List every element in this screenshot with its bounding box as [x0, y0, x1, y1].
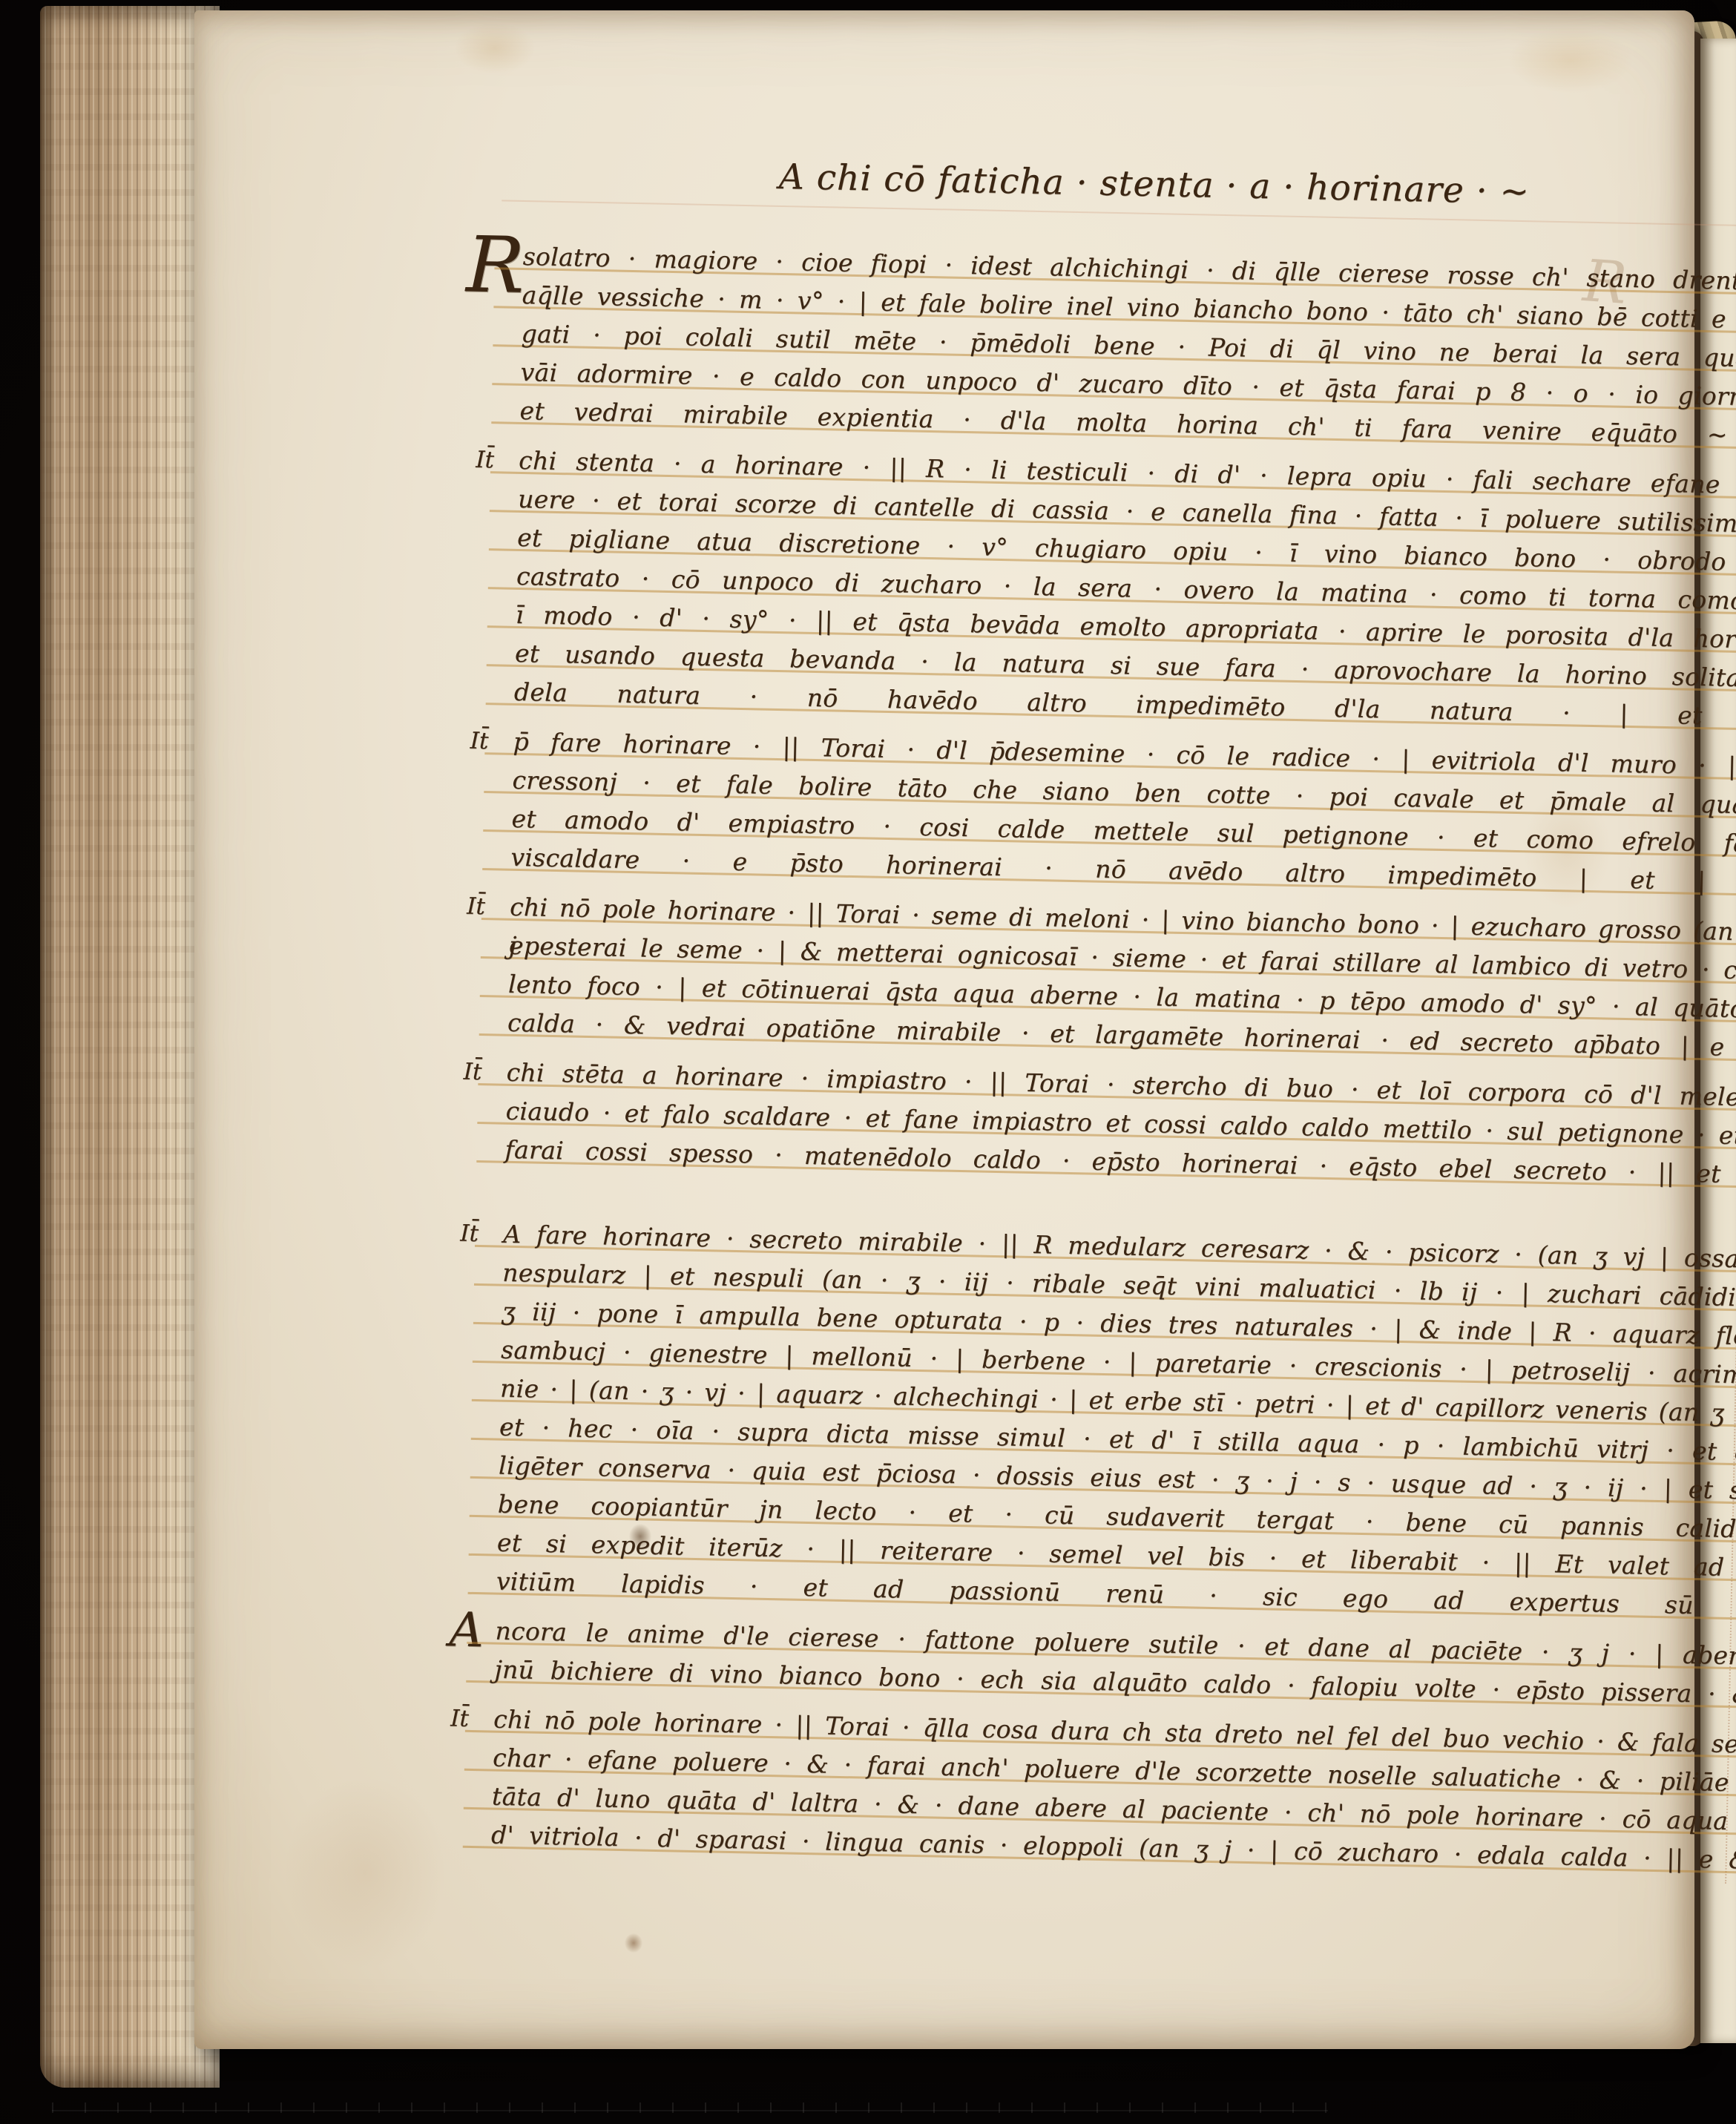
recipe-paragraph: It̄A fare horinare · secreto mirabile · … [496, 1215, 1736, 1626]
item-marker: It̄ [476, 441, 495, 479]
recipe-paragraph: It̄p̄ fare horinare · || Torai · d'l p̄d… [510, 723, 1736, 902]
manuscript-page: R A chi cō faticha · stenta · a · horina… [194, 10, 1694, 2049]
paragraph-initial: A [449, 1606, 484, 1654]
paragraph-initial: R [466, 226, 525, 304]
recipe-paragraph: It̄chi stēta a horinare · impiastro · ||… [504, 1053, 1736, 1194]
foxing-stain [1508, 27, 1634, 93]
manuscript-photo: { "photo": { "background_color": "#07050… [0, 0, 1736, 2124]
recipe-paragraph: Ancora le anime d'le cierese · fattone p… [494, 1612, 1736, 1714]
recipe-paragraph: It̄chi stenta · a horinare · || R · li t… [513, 441, 1736, 737]
photo-background: R A chi cō faticha · stenta · a · horina… [0, 0, 1736, 2124]
item-marker: It̄ [460, 1214, 479, 1253]
item-marker: It̄ [467, 887, 486, 926]
foxing-stain [283, 1776, 447, 1969]
book-page-edges [40, 6, 220, 2088]
page-title: A chi cō faticha · stenta · a · horinare… [524, 138, 1736, 231]
item-marker: It̄ [470, 722, 489, 760]
text-block: A chi cō faticha · stenta · a · horinare… [491, 138, 1736, 1880]
item-marker: It̄ [463, 1053, 482, 1091]
ruler-hint [52, 2102, 1328, 2113]
item-marker: It̄ [450, 1699, 470, 1737]
recipe-paragraph: It̄chi nō pole horinare · || Torai · q̄l… [491, 1700, 1736, 1880]
recipe-paragraph: Rsolatro · magiore · cioe fiopi · idest … [519, 237, 1736, 456]
recipe-paragraph: It̄chi nō pole horinare · || Torai · sem… [507, 888, 1736, 1068]
foxing-stain [454, 22, 536, 74]
ink-blot [625, 1933, 642, 1953]
